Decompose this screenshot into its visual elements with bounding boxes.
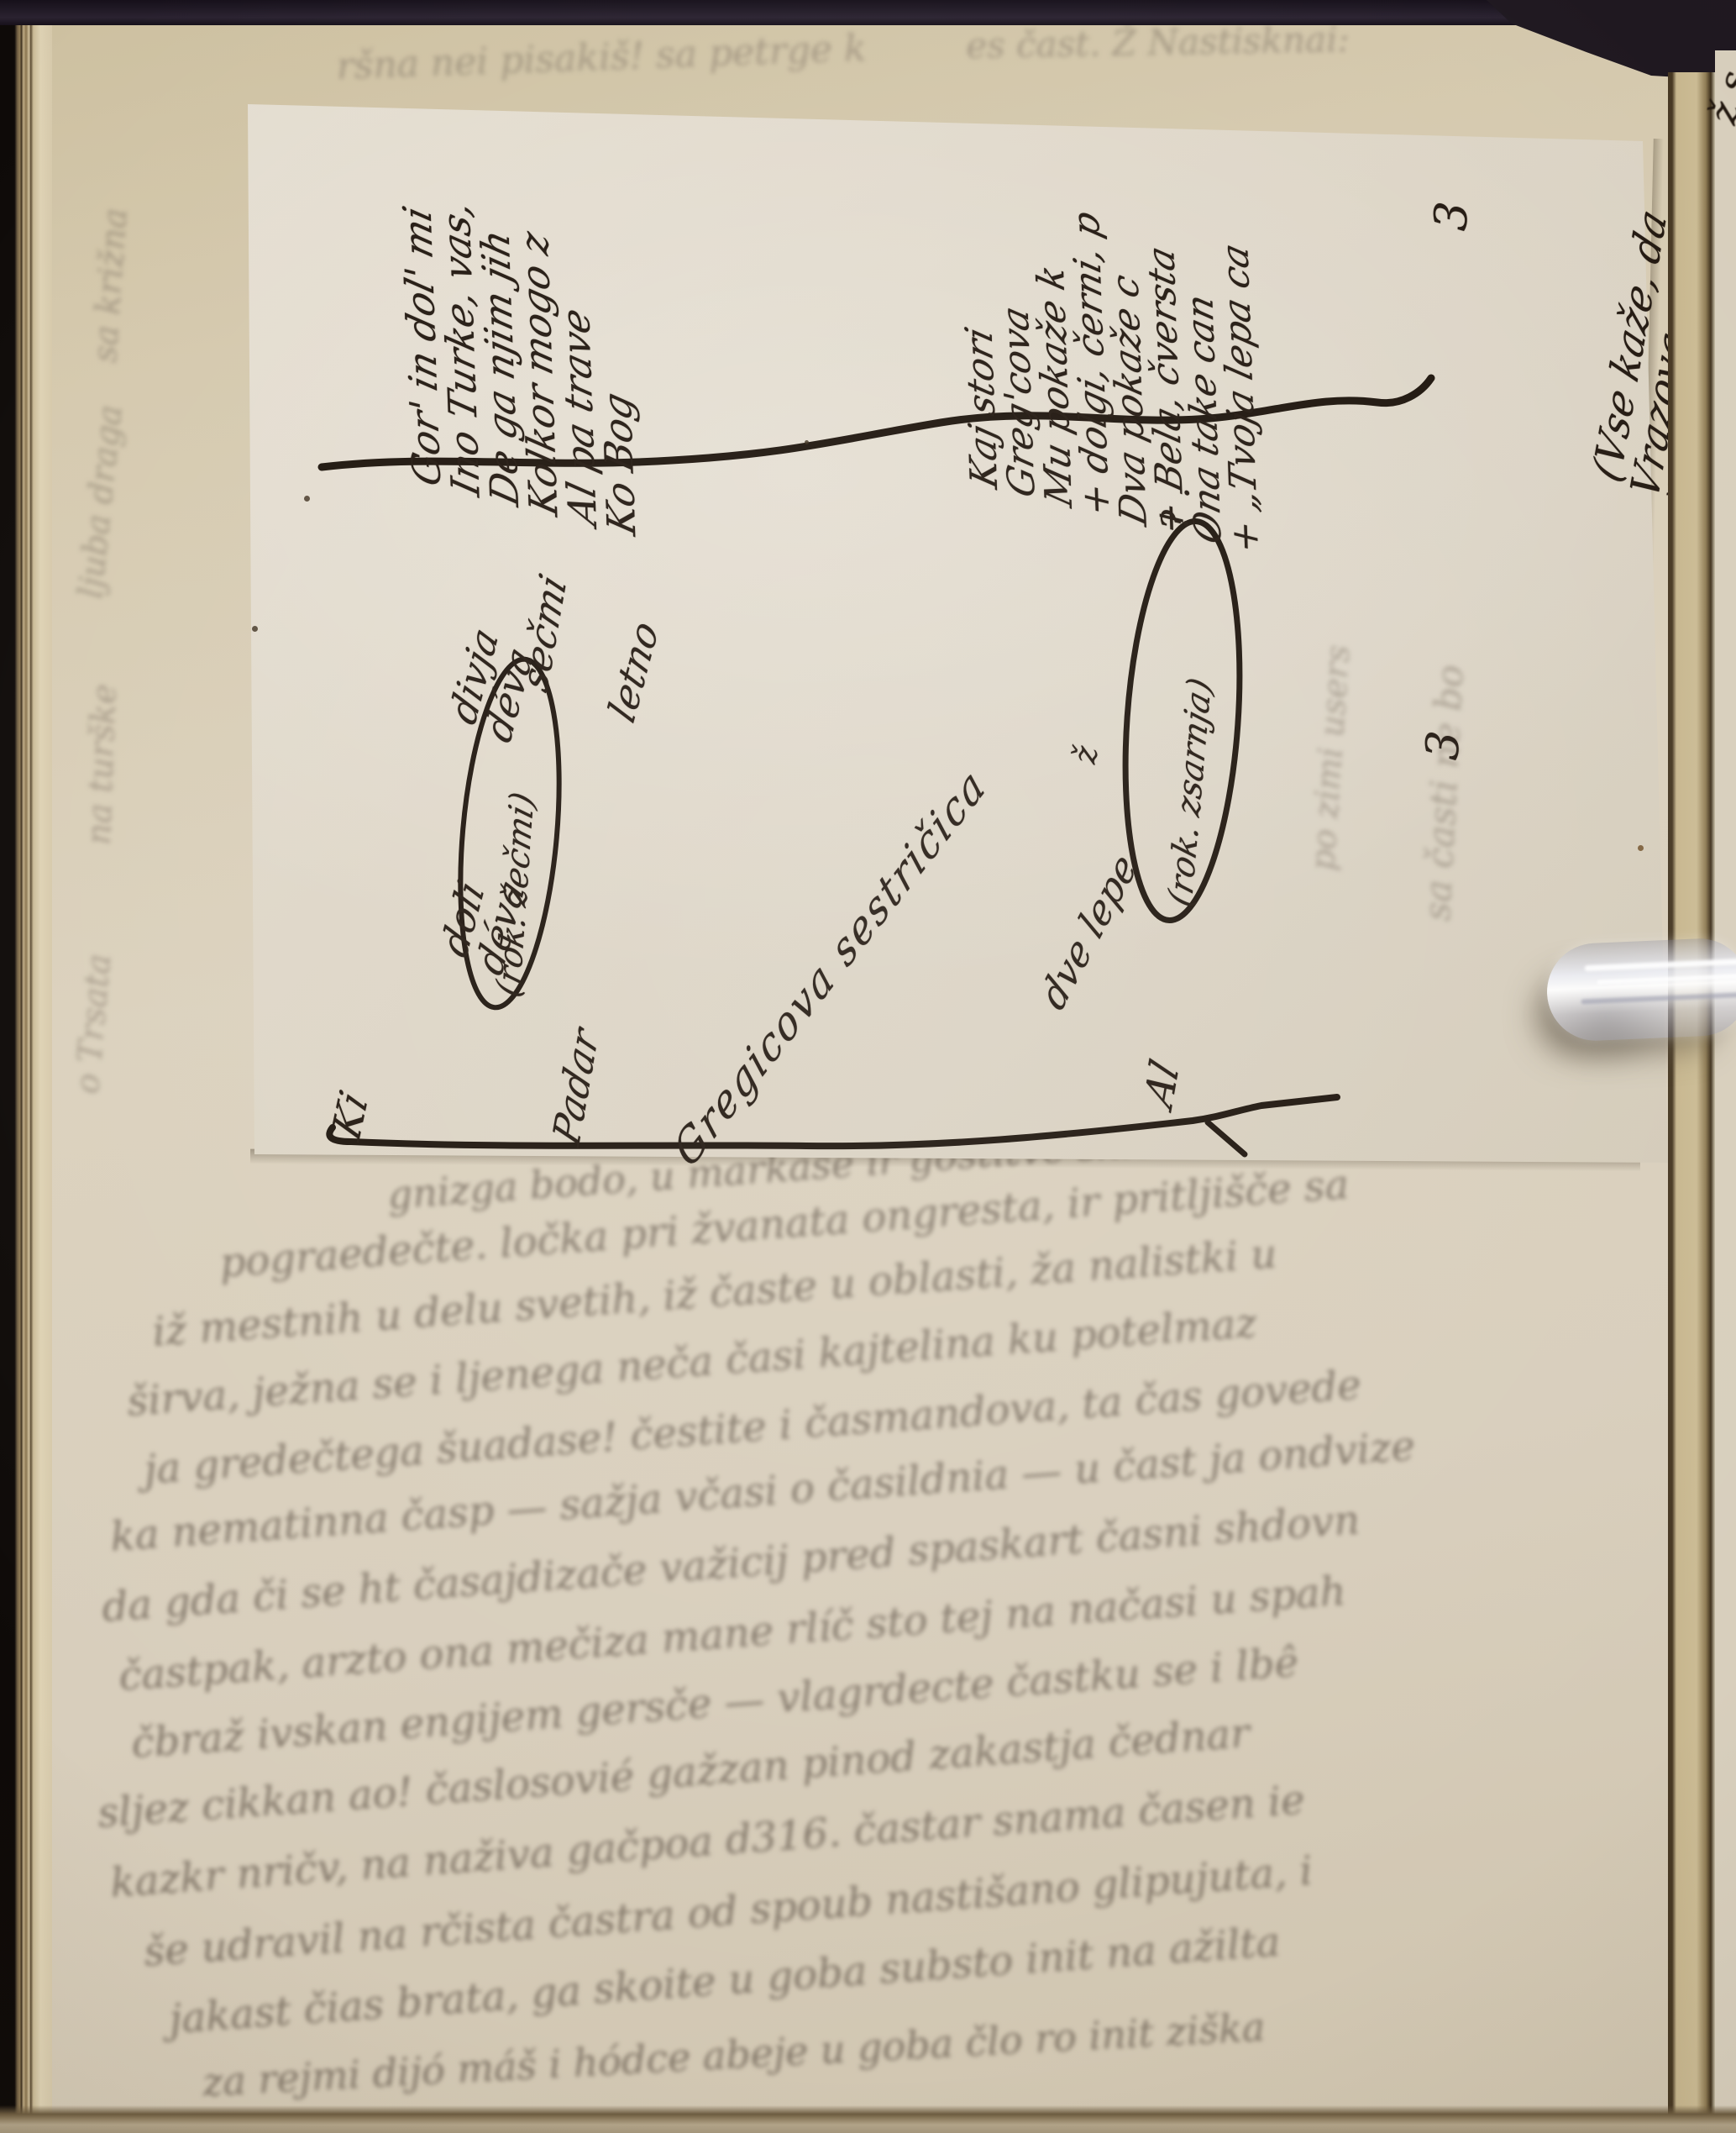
ink-speck	[252, 626, 258, 632]
bottom-rule-line	[329, 1097, 1337, 1146]
rod-core-line	[1581, 992, 1736, 1005]
right-page-edge-strip	[1668, 72, 1715, 2133]
photo-top-border	[0, 0, 1736, 25]
question-mark: ? .	[1157, 486, 1196, 530]
bottom-rule-tick	[1208, 1122, 1245, 1154]
rod-highlight-streak	[1585, 959, 1736, 971]
manuscript-photo: ršna nei pisakiš! sa petrge k es čast. Ž…	[0, 0, 1736, 2133]
ink-speck	[304, 496, 310, 502]
figure-three-upper: 3	[1428, 200, 1476, 233]
ink-lines	[0, 0, 1736, 2133]
verse-line: Ko Bog	[597, 389, 681, 549]
rod-highlight-streak	[1597, 974, 1736, 985]
page-stack-left-edge	[0, 0, 52, 2133]
figure-three-lower: 3	[1419, 729, 1467, 762]
ink-speck	[1638, 845, 1644, 851]
glass-page-weight-rod	[1545, 937, 1736, 1043]
right-outer-page-sliver	[1715, 50, 1736, 2133]
photo-bottom-edge	[0, 2105, 1736, 2133]
ink-speck	[805, 440, 809, 444]
verse-line: + „Tvoja lepa ca	[1217, 240, 1293, 564]
